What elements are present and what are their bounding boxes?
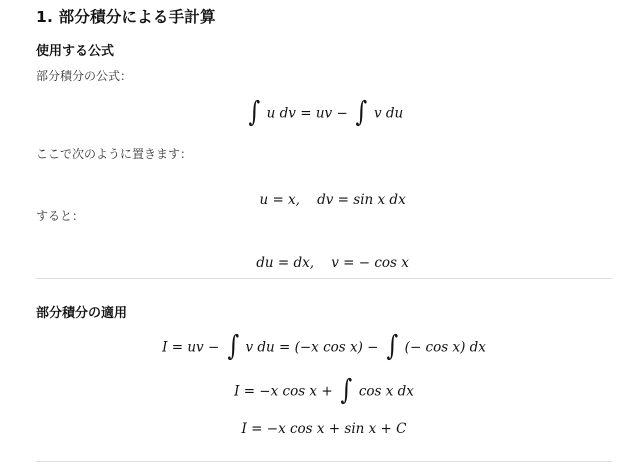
integration-by-parts-formula: ∫ u dv = uv − ∫ v du	[36, 100, 612, 128]
formula-equals: =	[300, 106, 311, 122]
line1-prefix: I = uv −	[162, 340, 219, 356]
section-divider-bottom	[36, 461, 612, 462]
formula-lhs: u dv	[267, 106, 296, 122]
line1-middle: v du = (−x cos x) −	[245, 340, 378, 356]
then-intro-text: すると：	[36, 207, 84, 224]
formula-heading: 使用する公式	[36, 40, 114, 59]
application-line-2: I = −x cos x + ∫ cos x dx	[36, 378, 612, 406]
substitution-equation: u = x, dv = sin x dx	[36, 176, 612, 224]
application-line-3: I = −x cos x + sin x + C	[36, 421, 612, 437]
integral-sign: ∫	[248, 98, 260, 126]
derivative-result-expression: du = dx, v = − cos x	[256, 255, 409, 271]
section-divider	[36, 278, 612, 279]
derivative-result-equation: du = dx, v = − cos x	[36, 239, 612, 287]
integral-sign: ∫	[386, 332, 398, 360]
line1-suffix: (− cos x) dx	[405, 340, 486, 356]
substitution-expression: u = x, dv = sin x dx	[259, 192, 405, 208]
substitution-intro-text: ここで次のように置きます：	[36, 145, 192, 162]
line2-prefix: I = −x cos x +	[234, 384, 333, 400]
final-result: I = −x cos x + sin x + C	[242, 421, 407, 437]
integral-sign: ∫	[227, 332, 239, 360]
section-title: 1. 部分積分による手計算	[36, 5, 216, 27]
line2-suffix: cos x dx	[359, 384, 414, 400]
application-heading: 部分積分の適用	[36, 302, 127, 321]
formula-rhs: v du	[374, 106, 403, 122]
formula-intro-text: 部分積分の公式：	[36, 67, 132, 84]
formula-uv: uv	[316, 106, 332, 122]
integral-sign: ∫	[356, 98, 368, 126]
formula-minus: −	[336, 106, 347, 122]
application-line-1: I = uv − ∫ v du = (−x cos x) − ∫ (− cos …	[36, 334, 612, 362]
integral-sign: ∫	[340, 376, 352, 404]
